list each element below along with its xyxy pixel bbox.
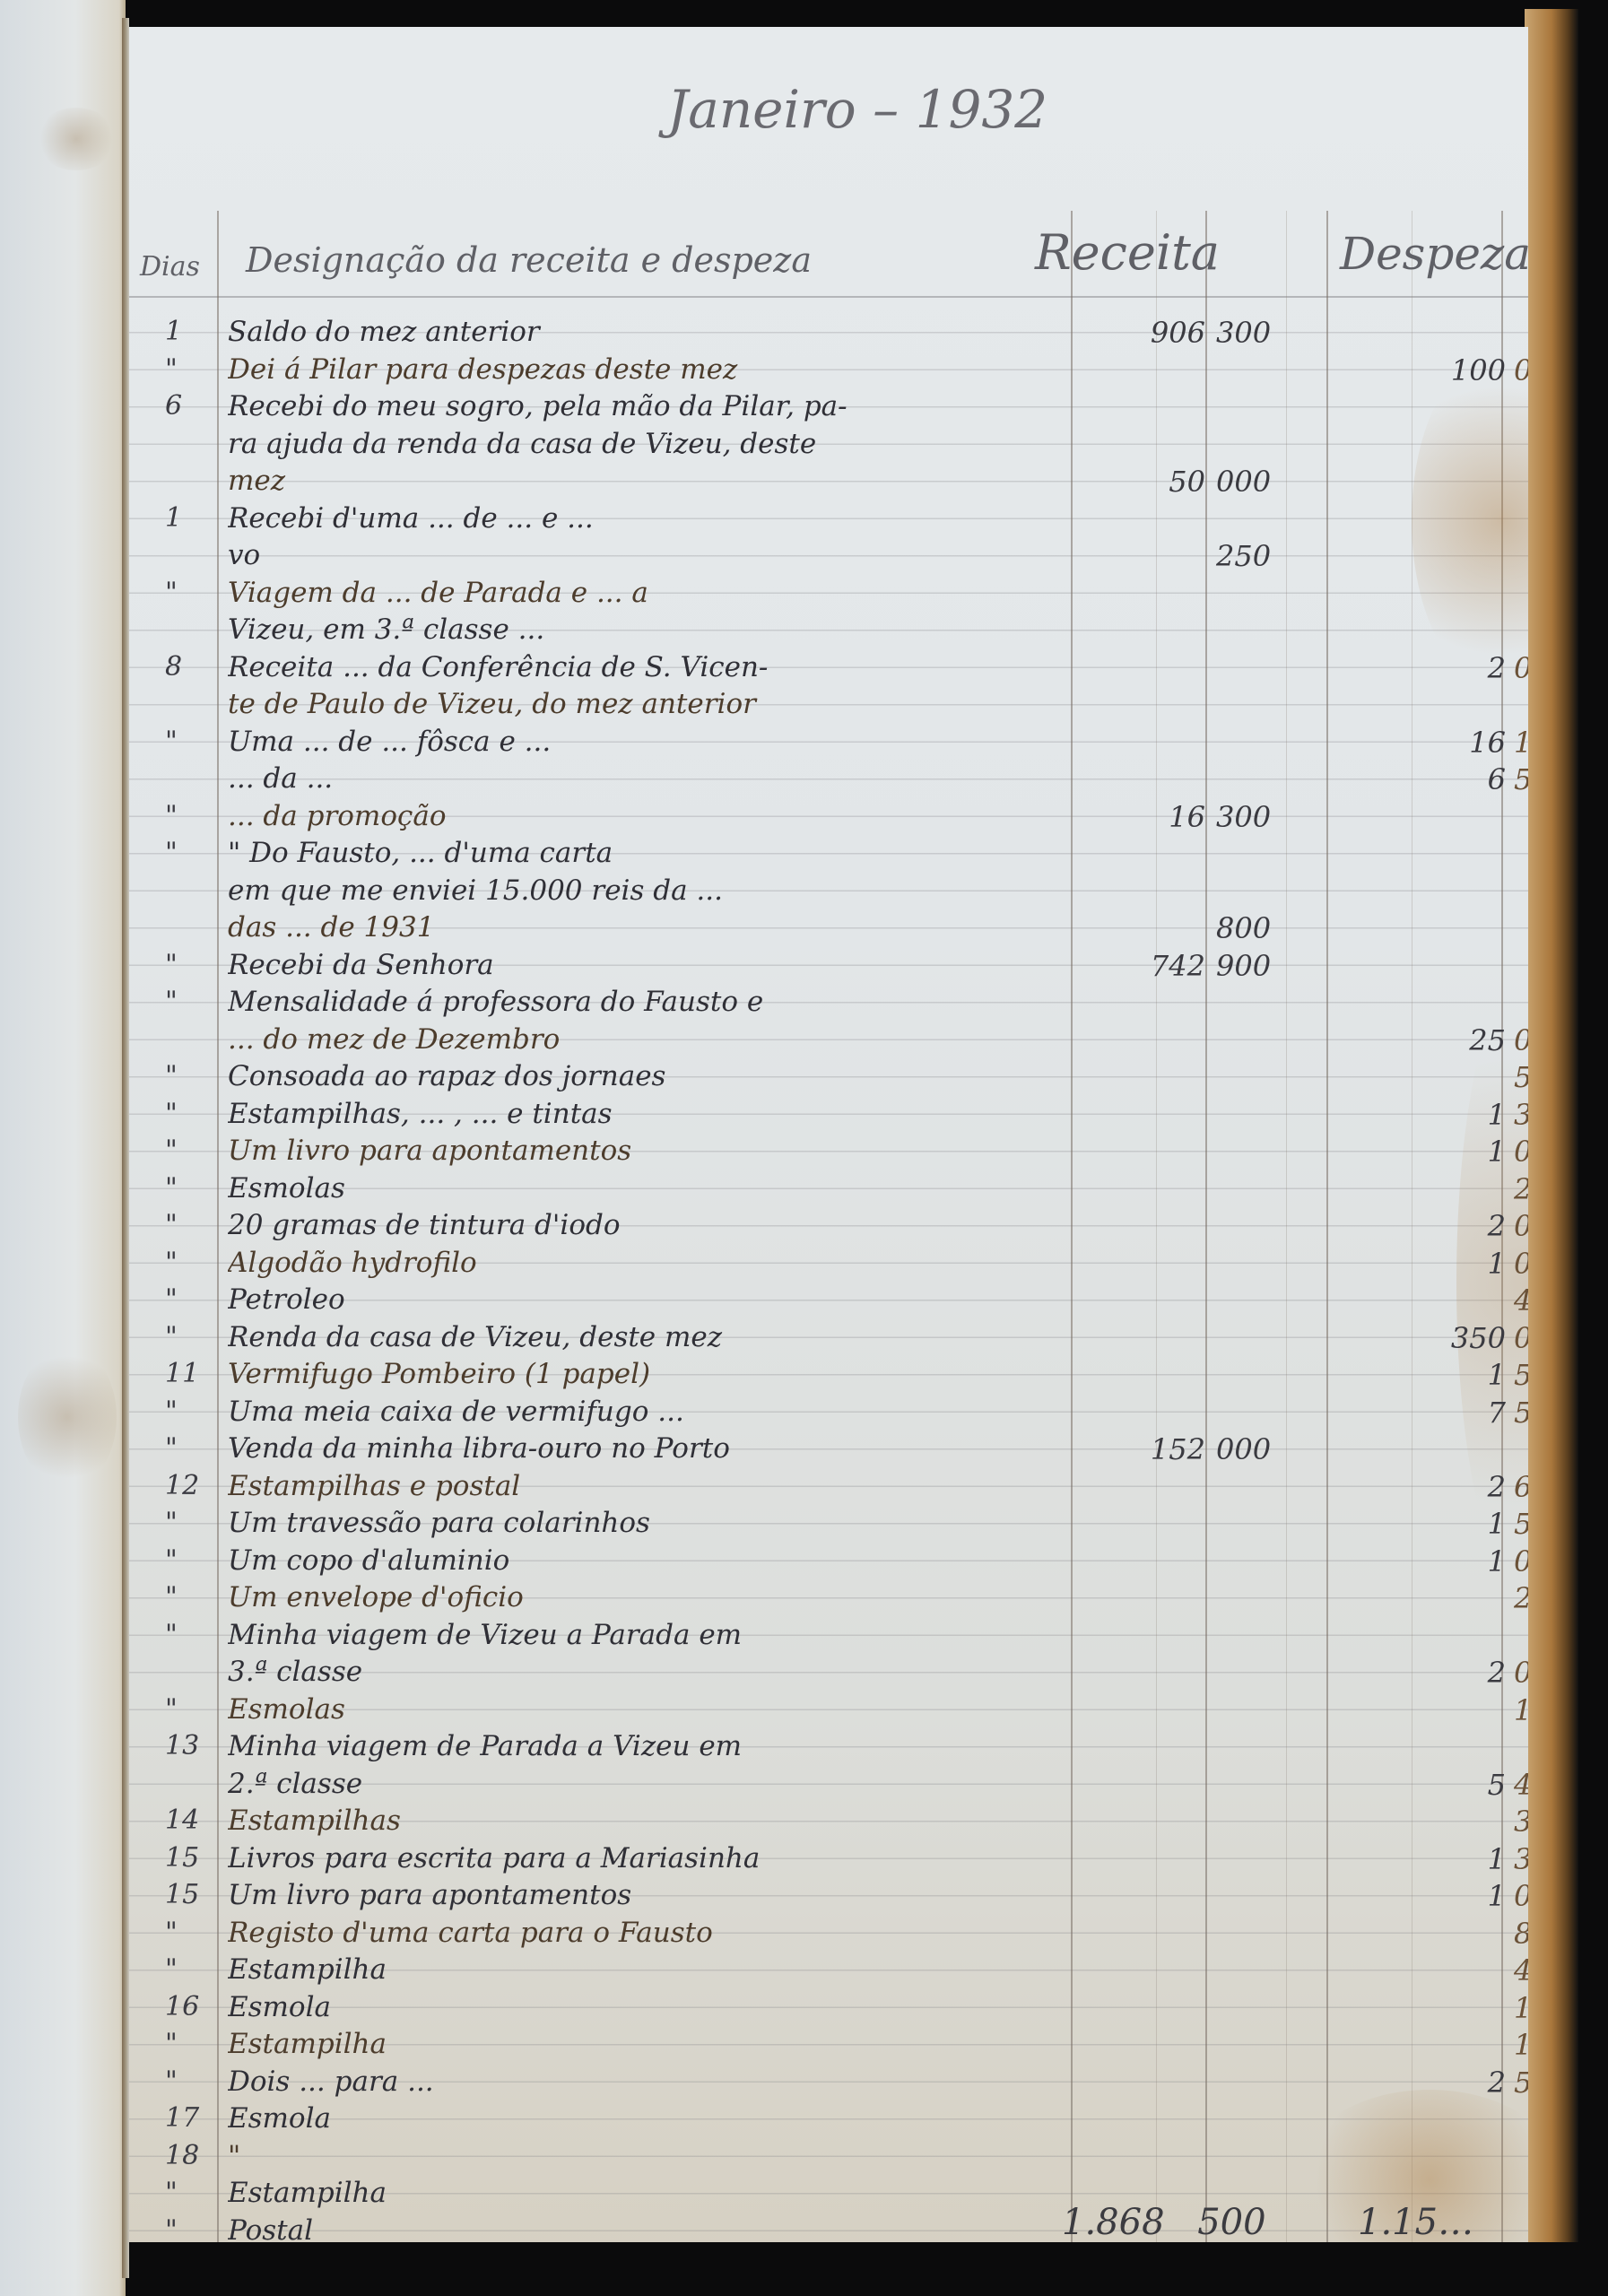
despeza-decimal: 000 [1514,1879,1528,1913]
despeza-decimal: 450 [1514,1768,1528,1802]
entry-description: 3.ª classe [228,1656,1107,1688]
ledger-row: "Estampilhas, ... , ... e tintas1300 [129,1098,1528,1135]
ledger-row: 15Um livro para apontamentos1000 [129,1879,1528,1917]
ledger-row: 17Esmola [129,2102,1528,2140]
despeza-decimal: 200 [1514,1581,1528,1615]
page-edge [1525,9,1578,2251]
entry-day: 17 [165,2102,228,2134]
ledger-row: "Estampilha [129,2177,1528,2214]
receita-amount: 152 [1080,1432,1205,1466]
despeza-decimal: 000 [1514,1544,1528,1578]
despeza-decimal: 100 [1514,2028,1528,2062]
ledger-row: "Uma meia caixa de vermifugo ... 7500 [129,1396,1528,1433]
ledger-row: "Dei á Pilar para despezas deste mez1000… [129,353,1528,391]
entry-day: 15 [165,1879,228,1910]
paper-stain [18,1345,117,1489]
header-rule [129,296,1528,298]
total-receita: 1.868 500 [1062,2202,1266,2243]
ledger-row: ... da ... 6500 [129,762,1528,800]
entry-day: " [165,1693,228,1725]
despeza-decimal: 650 [1514,1470,1528,1504]
entry-description: Recebi do meu sogro, pela mão da Pilar, … [228,390,1107,422]
despeza-amount: 1 [1362,1544,1506,1578]
ledger-row: "Esmolas200 [129,1172,1528,1210]
entry-day: 12 [165,1470,228,1501]
ledger-row: "Estampilha100 [129,2028,1528,2066]
despeza-decimal: 000 [1514,1023,1528,1057]
ledger-row: "Um copo d'aluminio1000 [129,1544,1528,1582]
despeza-amount: 1 [1362,1135,1506,1169]
entry-description: Mensalidade á professora do Fausto e [228,986,1107,1018]
ledger-row: 11Vermifugo Pombeiro (1 papel)1500 [129,1358,1528,1396]
ledger-row: "Venda da minha libra-ouro no Porto15200… [129,1432,1528,1470]
despeza-decimal: 100 [1514,1991,1528,2025]
entry-day: " [165,1283,228,1315]
despeza-amount: 2 [1362,1209,1506,1243]
entry-day: 1 [165,316,228,347]
receita-decimal: 000 [1216,1432,1333,1466]
ledger-row: "Esmolas150 [129,1693,1528,1731]
entry-day: " [165,1544,228,1576]
ledger-row: "Petroleo400 [129,1283,1528,1321]
entry-description: Dois ... para ... [228,2066,1107,2098]
entry-day: " [165,1135,228,1166]
entry-description: Receita ... da Conferência de S. Vicen- [228,651,1107,683]
entry-day: " [165,949,228,980]
entry-day: 1 [165,502,228,534]
ledger-row: 1Saldo do mez anterior906300 [129,316,1528,353]
entry-day: " [165,1432,228,1464]
entry-description: das ... de 1931 [228,911,1107,944]
ledger-row: 13Minha viagem de Parada a Vizeu em [129,1730,1528,1768]
entry-day: " [165,800,228,831]
entry-description: em que me enviei 15.000 reis da ... [228,874,1107,907]
entry-description: Um envelope d'oficio [228,1581,1107,1613]
entry-description: Um travessão para colarinhos [228,1507,1107,1539]
entry-description: Um livro para apontamentos [228,1879,1107,1911]
entry-description: ... da promoção [228,800,1107,832]
entry-description: Minha viagem de Parada a Vizeu em [228,1730,1107,1762]
ledger-row: "Mensalidade á professora do Fausto e [129,986,1528,1023]
entry-description: 20 gramas de tintura d'iodo [228,1209,1107,1241]
despeza-decimal: 500 [1514,1396,1528,1430]
receita-decimal: 800 [1216,911,1333,945]
entry-day: 11 [165,1358,228,1389]
column-header-description: Designação da receita e despeza [246,240,812,280]
entry-day: " [165,1581,228,1613]
ledger-row: 14Estampilhas300 [129,1805,1528,1842]
entry-day: " [165,353,228,385]
despeza-amount: 100 [1362,353,1506,387]
despeza-decimal: 500 [1514,762,1528,796]
ledger-row: das ... de 1931800 [129,911,1528,949]
ledger-row: "Um travessão para colarinhos1500 [129,1507,1528,1544]
despeza-amount: 1 [1362,1098,1506,1132]
entry-day: 16 [165,1991,228,2022]
entry-description: Minha viagem de Vizeu a Parada em [228,1619,1107,1651]
ledger-row: 16Esmola100 [129,1991,1528,2029]
entry-description: Vizeu, em 3.ª classe ... [228,613,1107,646]
entry-day: " [165,1507,228,1538]
entry-description: ... do mez de Dezembro [228,1023,1107,1056]
ledger-row: "" Do Fausto, ... d'uma carta [129,837,1528,874]
ledger-row: ... do mez de Dezembro25000 [129,1023,1528,1061]
despeza-amount: 1 [1362,1879,1506,1913]
ledger-row: "Renda da casa de Vizeu, deste mez350000 [129,1321,1528,1359]
ledger-row: "Dois ... para ... 2500 [129,2066,1528,2103]
entry-day: " [165,837,228,868]
entry-day: 15 [165,1842,228,1874]
receita-decimal: 250 [1216,539,1333,573]
entry-day: " [165,2066,228,2097]
despeza-decimal: 000 [1514,1656,1528,1690]
entry-day: " [165,1321,228,1352]
receita-decimal: 000 [1216,465,1333,499]
entry-description: Recebi d'uma ... de ... e ... [228,502,1107,535]
ledger-row: "Registo d'uma carta para o Fausto800 [129,1917,1528,1954]
entry-description: mez [228,465,1107,497]
despeza-amount: 2 [1362,651,1506,685]
despeza-decimal: 400 [1514,1283,1528,1318]
entry-description: Vermifugo Pombeiro (1 papel) [228,1358,1107,1390]
despeza-decimal: 200 [1514,1172,1528,1206]
despeza-decimal: 150 [1514,1693,1528,1727]
ledger-row: "Uma ... de ... fôsca e ... 16100 [129,726,1528,763]
book-gutter [122,18,129,2278]
entry-description: Esmola [228,2102,1107,2135]
ledger-row: "Consoada ao rapaz dos jornaes500 [129,1060,1528,1098]
ledger-row: 18" [129,2140,1528,2178]
despeza-amount: 5 [1362,1768,1506,1802]
page-title: Janeiro – 1932 [667,79,1047,140]
ledger-row: 15Livros para escrita para a Mariasinha1… [129,1842,1528,1880]
ledger-row: Vizeu, em 3.ª classe ... [129,613,1528,651]
ledger-row: "Estampilha400 [129,1953,1528,1991]
ledger-row: "Algodão hydrofilo1000 [129,1247,1528,1284]
entry-description: Algodão hydrofilo [228,1247,1107,1279]
entry-day: " [165,1172,228,1204]
entry-day: " [165,1060,228,1091]
entry-description: Venda da minha libra-ouro no Porto [228,1432,1107,1465]
ledger-row: te de Paulo de Vizeu, do mez anterior [129,688,1528,726]
entry-description: Estampilhas, ... , ... e tintas [228,1098,1107,1130]
ledger-row: 3.ª classe2000 [129,1656,1528,1693]
ledger-row: "Minha viagem de Vizeu a Parada em [129,1619,1528,1657]
column-header-despeza: Despeza [1340,228,1528,280]
entry-description: Dei á Pilar para despezas deste mez [228,353,1107,386]
despeza-decimal: 000 [1514,651,1528,685]
receita-decimal: 300 [1216,316,1333,350]
entry-day: " [165,1247,228,1278]
entry-description: 2.ª classe [228,1768,1107,1800]
ledger-row: 12Estampilhas e postal2650 [129,1470,1528,1508]
total-despeza: 1.15… [1358,2202,1473,2243]
entry-description: Esmola [228,1991,1107,2023]
entry-description: Esmolas [228,1172,1107,1205]
entry-description: Recebi da Senhora [228,949,1107,981]
entry-description: Estampilha [228,1953,1107,1986]
ledger-row: 2.ª classe5450 [129,1768,1528,1805]
column-header-receita: Receita [1035,224,1220,281]
entry-day: " [165,1619,228,1650]
despeza-decimal: 500 [1514,1507,1528,1541]
receita-decimal: 900 [1216,949,1333,983]
despeza-decimal: 000 [1514,353,1528,387]
receita-amount: 16 [1080,800,1205,834]
despeza-amount: 1 [1362,1358,1506,1392]
despeza-amount: 2 [1362,2066,1506,2100]
entry-day: " [165,1917,228,1948]
despeza-decimal: 800 [1514,1917,1528,1951]
receita-amount: 906 [1080,316,1205,350]
entry-description: Estampilha [228,2028,1107,2060]
despeza-decimal: 300 [1514,1842,1528,1876]
column-header-day: Dias [140,251,200,283]
receita-amount: 50 [1080,465,1205,499]
despeza-decimal: 000 [1514,1135,1528,1169]
despeza-amount: 2 [1362,1470,1506,1504]
ledger-row: 8Receita ... da Conferência de S. Vicen-… [129,651,1528,689]
entry-day: 18 [165,2140,228,2171]
ledger-row: vo250 [129,539,1528,577]
despeza-decimal: 300 [1514,1805,1528,1839]
entry-day: " [165,577,228,608]
despeza-amount: 1 [1362,1247,1506,1281]
entry-day: " [165,1098,228,1129]
despeza-decimal: 100 [1514,726,1528,760]
despeza-amount: 7 [1362,1396,1506,1430]
despeza-amount: 6 [1362,762,1506,796]
entry-description: " [228,2140,1107,2172]
ledger-row: "Um envelope d'oficio200 [129,1581,1528,1619]
entry-description: Um copo d'aluminio [228,1544,1107,1577]
despeza-decimal: 000 [1514,1209,1528,1243]
entry-day: " [165,2028,228,2059]
ledger-row: ra ajuda da renda da casa de Vizeu, dest… [129,428,1528,465]
ledger-row: "Viagem da ... de Parada e ... a [129,577,1528,614]
despeza-decimal: 300 [1514,1098,1528,1132]
despeza-amount: 16 [1362,726,1506,760]
ledger-row: 6Recebi do meu sogro, pela mão da Pilar,… [129,390,1528,428]
entry-description: Estampilhas [228,1805,1107,1837]
despeza-decimal: 500 [1514,2066,1528,2100]
despeza-amount: 2 [1362,1656,1506,1690]
ledger-row: "20 gramas de tintura d'iodo2000 [129,1209,1528,1247]
ledger-row: "Um livro para apontamentos1000 [129,1135,1528,1172]
entry-description: Uma ... de ... fôsca e ... [228,726,1107,758]
entry-description: Registo d'uma carta para o Fausto [228,1917,1107,1949]
entry-day: " [165,1953,228,1985]
despeza-amount: 350 [1362,1321,1506,1355]
despeza-decimal: 000 [1514,1321,1528,1355]
receita-amount: 742 [1080,949,1205,983]
entry-description: vo [228,539,1107,571]
entry-description: " Do Fausto, ... d'uma carta [228,837,1107,869]
ledger-entries: 1Saldo do mez anterior906300"Dei á Pilar… [129,316,1528,2260]
entry-description: Uma meia caixa de vermifugo ... [228,1396,1107,1428]
entry-description: Um livro para apontamentos [228,1135,1107,1167]
ledger-row: 1Recebi d'uma ... de ... e ... [129,502,1528,540]
entry-description: Consoada ao rapaz dos jornaes [228,1060,1107,1092]
background-shadow [129,2242,1608,2296]
entry-description: te de Paulo de Vizeu, do mez anterior [228,688,1107,720]
despeza-decimal: 000 [1514,1247,1528,1281]
entry-description: Livros para escrita para a Mariasinha [228,1842,1107,1874]
entry-description: Petroleo [228,1283,1107,1316]
despeza-decimal: 500 [1514,1358,1528,1392]
entry-day: " [165,726,228,757]
despeza-amount: 1 [1362,1507,1506,1541]
receita-decimal: 300 [1216,800,1333,834]
entry-day: " [165,1396,228,1427]
ledger-row: "... da promoção16300 [129,800,1528,838]
entry-description: Saldo do mez anterior [228,316,1107,348]
entry-description: ... da ... [228,762,1107,795]
entry-description: ra ajuda da renda da casa de Vizeu, dest… [228,428,1107,460]
despeza-amount: 1 [1362,1842,1506,1876]
ledger-row: "Recebi da Senhora742900 [129,949,1528,987]
entry-description: Estampilhas e postal [228,1470,1107,1502]
entry-day: " [165,1209,228,1240]
entry-description: Estampilha [228,2177,1107,2209]
entry-day: " [165,986,228,1017]
entry-description: Viagem da ... de Parada e ... a [228,577,1107,609]
despeza-amount: 25 [1362,1023,1506,1057]
entry-day: 8 [165,651,228,683]
entry-day: 14 [165,1805,228,1836]
entry-day: " [165,2214,228,2246]
total-receita-int: 1.868 [1062,2202,1165,2243]
entry-day: " [165,2177,228,2208]
ledger-row: mez50000 [129,465,1528,502]
entry-day: 6 [165,390,228,422]
ledger-row: em que me enviei 15.000 reis da ... [129,874,1528,912]
despeza-decimal: 500 [1514,1060,1528,1094]
despeza-decimal: 400 [1514,1953,1528,1987]
total-receita-dec: 500 [1197,2202,1265,2243]
entry-description: Esmolas [228,1693,1107,1726]
entry-description: Renda da casa de Vizeu, deste mez [228,1321,1107,1353]
paper-stain [36,108,117,170]
facing-left-page [0,0,126,2296]
ledger-page: Janeiro – 1932 Dias Designação da receit… [129,27,1528,2260]
entry-day: 13 [165,1730,228,1761]
